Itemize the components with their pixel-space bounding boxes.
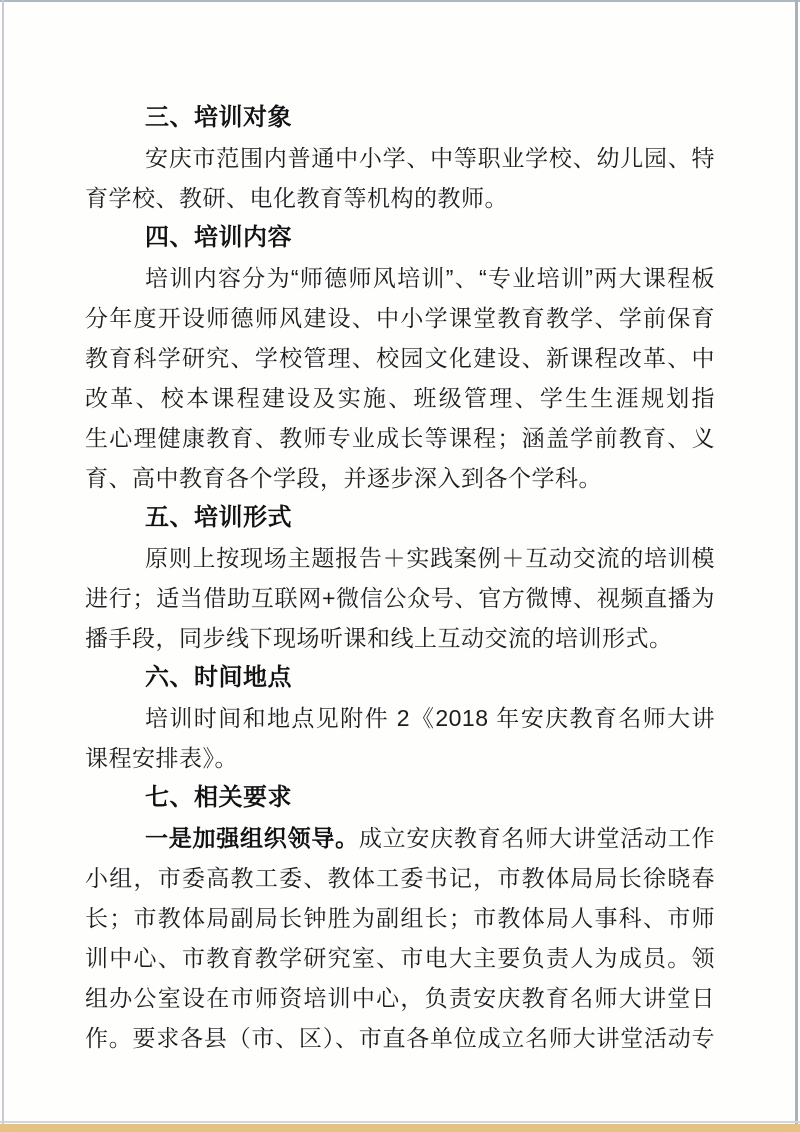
- paragraph-line: 组办公室设在市师资培训中心，负责安庆教育名师大讲堂日常工: [85, 978, 715, 1018]
- document-content: 三、培训对象 安庆市范围内普通中小学、中等职业学校、幼儿园、特殊教 育学校、教研…: [85, 98, 715, 1058]
- paragraph-line: 生心理健康教育、教师专业成长等课程；涵盖学前教育、义务教: [85, 418, 715, 458]
- paragraph-line: 原则上按现场主题报告＋实践案例＋互动交流的培训模式: [85, 538, 715, 578]
- paragraph-line: 小组，市委高教工委、教体工委书记，市教体局局长徐晓春为组: [85, 858, 715, 898]
- heading-training-content: 四、培训内容: [85, 218, 715, 258]
- page-border-right: [795, 0, 798, 1132]
- bold-lead-text: 一是加强组织领导。: [145, 825, 359, 851]
- heading-training-format: 五、培训形式: [85, 498, 715, 538]
- paragraph-line: 改革、校本课程建设及实施、班级管理、学生生涯规划指导、师: [85, 378, 715, 418]
- page-bottom-divider: [0, 1121, 800, 1123]
- paragraph-line: 培训时间和地点见附件 2《2018 年安庆教育名师大讲堂活动: [85, 698, 715, 738]
- document-page: 三、培训对象 安庆市范围内普通中小学、中等职业学校、幼儿园、特殊教 育学校、教研…: [0, 0, 800, 1132]
- page-border-left: [2, 0, 4, 1132]
- heading-related-requirements: 七、相关要求: [85, 778, 715, 818]
- paragraph-line: 分年度开设师德师风建设、中小学课堂教育教学、学前保育教育、: [85, 298, 715, 338]
- paragraph-line: 教育科学研究、学校管理、校园文化建设、新课程改革、中高考: [85, 338, 715, 378]
- page-bottom-band: [0, 1124, 800, 1132]
- paragraph-line: 安庆市范围内普通中小学、中等职业学校、幼儿园、特殊教: [85, 138, 715, 178]
- paragraph-line: 课程安排表》。: [85, 738, 715, 778]
- paragraph-line: 育学校、教研、电化教育等机构的教师。: [85, 178, 715, 218]
- paragraph-line: 作。要求各县（市、区）、市直各单位成立名师大讲堂活动专项: [85, 1018, 715, 1058]
- paragraph-line: 训中心、市教育教学研究室、市电大主要负责人为成员。领导小: [85, 938, 715, 978]
- paragraph-line: 培训内容分为“师德师风培训”、“专业培训”两大课程板块，: [85, 258, 715, 298]
- page-border-top: [0, 0, 800, 2]
- paragraph-line: 播手段，同步线下现场听课和线上互动交流的培训形式。: [85, 618, 715, 658]
- paragraph-line: 进行；适当借助互联网+微信公众号、官方微博、视频直播为传: [85, 578, 715, 618]
- paragraph-line: 育、高中教育各个学段，并逐步深入到各个学科。: [85, 458, 715, 498]
- heading-time-location: 六、时间地点: [85, 658, 715, 698]
- paragraph-line: 一是加强组织领导。成立安庆教育名师大讲堂活动工作领导: [85, 818, 715, 858]
- paragraph-line: 长；市教体局副局长钟胜为副组长；市教体局人事科、市师资培: [85, 898, 715, 938]
- heading-training-targets: 三、培训对象: [85, 98, 715, 138]
